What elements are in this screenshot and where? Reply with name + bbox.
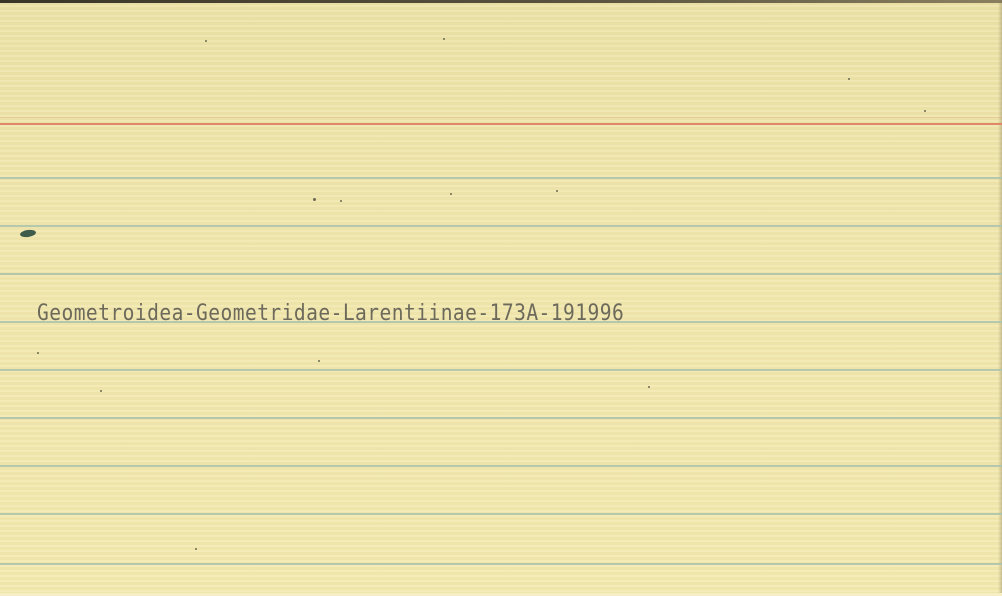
speck — [313, 198, 316, 201]
speck — [443, 38, 445, 40]
speck — [556, 190, 558, 192]
speck — [340, 200, 342, 202]
speck — [318, 360, 320, 362]
ink-blot — [20, 229, 37, 238]
speck — [648, 386, 650, 388]
speck — [205, 40, 207, 42]
header-rule — [0, 123, 1002, 125]
ruled-line — [0, 369, 1002, 371]
ruled-line — [0, 225, 1002, 227]
card-top-edge — [0, 0, 1002, 3]
header-rule-shadow — [0, 117, 1002, 118]
ruled-line — [0, 465, 1002, 467]
speck — [37, 352, 39, 354]
ruled-line — [0, 563, 1002, 565]
speck — [924, 110, 926, 112]
ruled-line — [0, 273, 1002, 275]
ruled-line — [0, 177, 1002, 179]
card-right-edge — [998, 0, 1002, 596]
speck — [848, 78, 850, 80]
ruled-line — [0, 513, 1002, 515]
card-label-text: Geometroidea-Geometridae-Larentiinae-173… — [37, 301, 624, 326]
index-card: Geometroidea-Geometridae-Larentiinae-173… — [0, 0, 1002, 596]
ruled-line — [0, 417, 1002, 419]
speck — [450, 193, 452, 195]
speck — [100, 390, 102, 392]
speck — [195, 548, 197, 550]
